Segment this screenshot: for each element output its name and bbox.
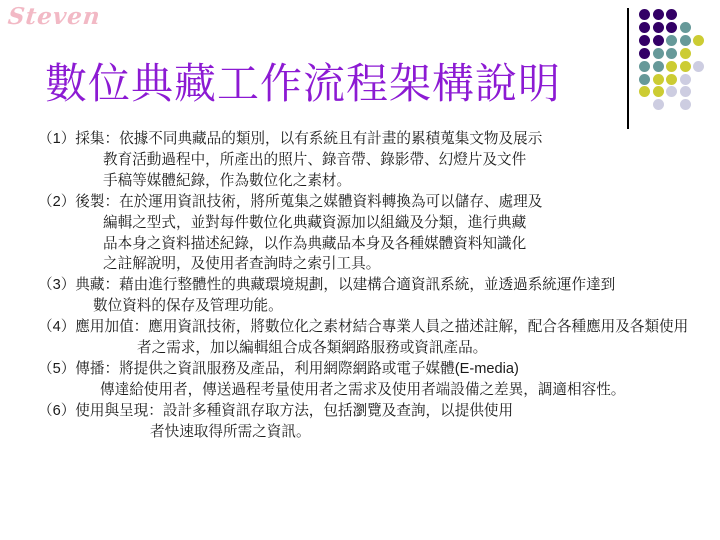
- dot: [653, 99, 664, 110]
- dot: [653, 35, 664, 46]
- dot: [653, 74, 664, 85]
- dot: [666, 48, 677, 59]
- dot: [693, 35, 704, 46]
- dot: [666, 86, 677, 97]
- dot: [680, 99, 691, 110]
- body-line: 品本身之資料描述紀錄，以作為典藏品本身及各種媒體資料知識化: [0, 234, 720, 255]
- dot: [653, 86, 664, 97]
- body-line: （5）傳播：將提供之資訊服務及產品，利用網際網路或電子媒體(E-media): [0, 359, 720, 380]
- body-line: 者快速取得所需之資訊。: [0, 422, 720, 443]
- dot: [639, 61, 650, 72]
- dot: [639, 86, 650, 97]
- presentation-slide: Steven 數位典藏工作流程架構說明 （1）採集：依據不同典藏品的類別，以有系…: [0, 0, 720, 540]
- slide-title: 數位典藏工作流程架構說明: [45, 51, 561, 111]
- dot: [680, 35, 691, 46]
- dot: [666, 61, 677, 72]
- vertical-divider-line: [627, 8, 629, 129]
- body-line: 之註解說明，及使用者查詢時之索引工具。: [0, 254, 720, 275]
- body-line: 者之需求，加以編輯組合成各類網路服務或資訊產品。: [0, 338, 720, 359]
- dot: [639, 74, 650, 85]
- dot: [680, 22, 691, 33]
- body-line: （1）採集：依據不同典藏品的類別，以有系統且有計畫的累積蒐集文物及展示: [0, 129, 720, 150]
- dot: [653, 22, 664, 33]
- body-line: 數位資料的保存及管理功能。: [0, 296, 720, 317]
- body-line: （3）典藏：藉由進行整體性的典藏環境規劃，以建構合適資訊系統，並透過系統運作達到: [0, 275, 720, 296]
- dot: [639, 35, 650, 46]
- dot: [680, 61, 691, 72]
- body-line: （2）後製：在於運用資訊技術，將所蒐集之媒體資料轉換為可以儲存、處理及: [0, 192, 720, 213]
- body-line: （4）應用加值：應用資訊技術，將數位化之素材結合專業人員之描述註解，配合各種應用…: [0, 317, 720, 338]
- dot: [653, 48, 664, 59]
- body-line: 教育活動過程中，所產出的照片、錄音帶、錄影帶、幻燈片及文件: [0, 150, 720, 171]
- dot: [680, 48, 691, 59]
- dot: [639, 22, 650, 33]
- dots-decoration: [639, 9, 714, 114]
- dot: [680, 74, 691, 85]
- body-line: 傳達給使用者，傳送過程考量使用者之需求及使用者端設備之差異，調適相容性。: [0, 380, 720, 401]
- dot: [653, 9, 664, 20]
- dot: [680, 86, 691, 97]
- body-line: （6）使用與呈現：設計多種資訊存取方法，包括瀏覽及查詢，以提供使用: [0, 401, 720, 422]
- body-line: 編輯之型式，並對每件數位化典藏資源加以組織及分類，進行典藏: [0, 213, 720, 234]
- body-line: 手稿等媒體紀錄，作為數位化之素材。: [0, 171, 720, 192]
- dot: [653, 61, 664, 72]
- dot: [666, 22, 677, 33]
- dot: [693, 61, 704, 72]
- body-text-block: （1）採集：依據不同典藏品的類別，以有系統且有計畫的累積蒐集文物及展示教育活動過…: [0, 129, 720, 443]
- dot: [639, 48, 650, 59]
- watermark-signature: Steven: [7, 3, 102, 30]
- dot: [639, 9, 650, 20]
- dot: [666, 9, 677, 20]
- dot: [666, 74, 677, 85]
- dot: [666, 35, 677, 46]
